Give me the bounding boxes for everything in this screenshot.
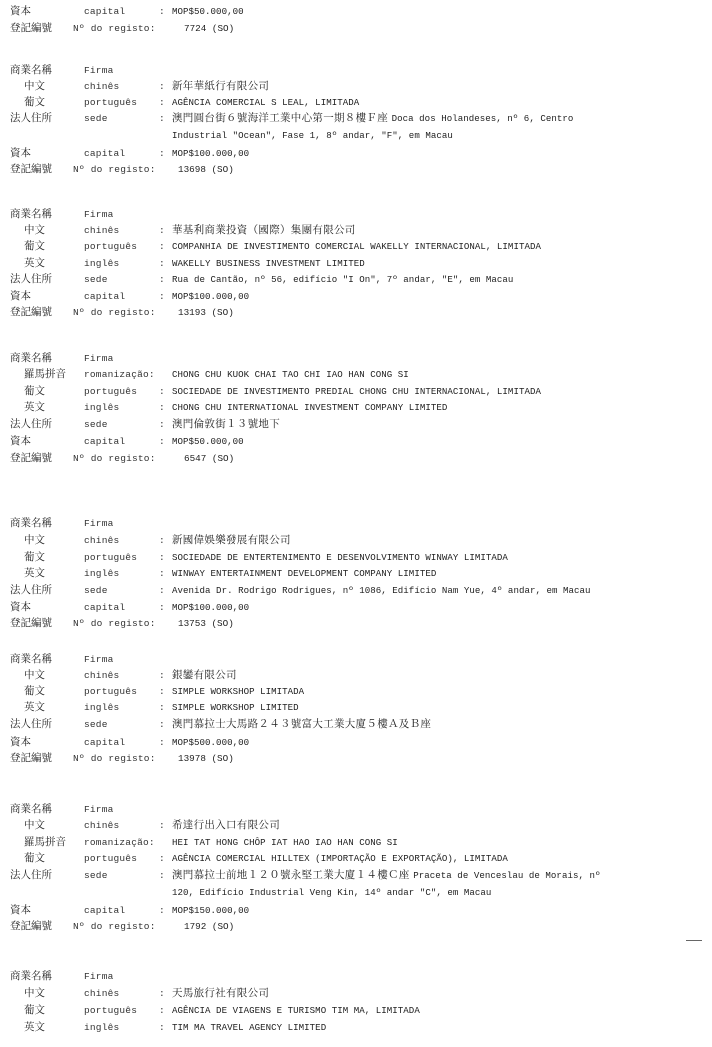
registo-label-pt: Nº do registo: [73,615,156,632]
sede-value: 澳門倫敦街１３號地下 [172,416,280,433]
sede-label-zh: 法人住所 [10,271,52,288]
sede-label-pt: sede [84,110,108,127]
portugues-label-zh: 葡文 [24,549,45,566]
firma-label-zh: 商業名稱 [10,801,52,818]
portugues-value: AGÊNCIA COMERCIAL S LEAL, LIMITADA [172,94,359,111]
colon: : [159,867,165,884]
romanizacao-label-pt: romanização: [84,366,155,383]
capital-label-zh: 資本 [10,3,31,20]
colon: : [159,667,165,684]
registo-value: 13698 (SO) [178,161,234,178]
ingles-label-zh: 英文 [24,1019,45,1036]
portugues-value: SIMPLE WORKSHOP LIMITADA [172,683,304,700]
chines-value: 新年華紙行有限公司 [172,78,269,95]
sede-label-zh: 法人住所 [10,416,52,433]
colon: : [159,683,165,700]
registo-label-pt: Nº do registo: [73,161,156,178]
capital-value: MOP$100.000,00 [172,145,249,162]
capital-label-zh: 資本 [10,734,31,751]
capital-label-pt: capital [84,433,125,450]
scan-mark [686,940,702,941]
registo-value: 7724 (SO) [184,20,234,37]
romanizacao-label-pt: romanização: [84,834,155,851]
sede-value-line2: 120, Edifício Industrial Veng Kin, 14º a… [172,884,491,901]
ingles-label-pt: inglês [84,255,119,272]
chines-value: 華基利商業投資（國際）集團有限公司 [172,222,356,239]
firma-label-pt: Firma [84,968,114,985]
portugues-label-pt: português [84,683,137,700]
sede-value-latin: Doca dos Holandeses, nº 6, Centro [392,113,574,124]
chines-label-pt: chinês [84,222,119,239]
capital-label-zh: 資本 [10,145,31,162]
capital-label-pt: capital [84,902,125,919]
colon: : [159,699,165,716]
firma-label-zh: 商業名稱 [10,350,52,367]
colon: : [159,1019,165,1036]
registo-label-pt: Nº do registo: [73,750,156,767]
firma-label-pt: Firma [84,350,114,367]
registo-label-pt: Nº do registo: [73,20,156,37]
colon: : [159,110,165,127]
chines-label-pt: chinês [84,985,119,1002]
colon: : [159,145,165,162]
colon: : [159,582,165,599]
colon: : [159,383,165,400]
sede-label-pt: sede [84,271,108,288]
firma-label-pt: Firma [84,62,114,79]
ingles-value: TIM MA TRAVEL AGENCY LIMITED [172,1019,326,1036]
capital-label-zh: 資本 [10,433,31,450]
sede-value: 澳門慕拉士大馬路２４３號富大工業大廈５樓Ａ及Ｂ座 [172,716,431,733]
chines-value: 新國偉娛樂發展有限公司 [172,532,291,549]
ingles-value: WINWAY ENTERTAINMENT DEVELOPMENT COMPANY… [172,565,436,582]
chines-label-zh: 中文 [24,78,45,95]
capital-label-pt: capital [84,288,125,305]
portugues-label-pt: português [84,1002,137,1019]
registo-label-zh: 登記編號 [10,304,52,321]
portugues-label-pt: português [84,549,137,566]
colon: : [159,817,165,834]
registo-label-zh: 登記編號 [10,918,52,935]
registo-label-zh: 登記編號 [10,615,52,632]
sede-value-latin: Praceta de Venceslau de Morais, nº [413,870,600,881]
portugues-value: COMPANHIA DE INVESTIMENTO COMERCIAL WAKE… [172,238,541,255]
firma-label-zh: 商業名稱 [10,968,52,985]
colon: : [159,288,165,305]
portugues-value: SOCIEDADE DE ENTERTENIMENTO E DESENVOLVI… [172,549,508,566]
ingles-label-pt: inglês [84,699,119,716]
colon: : [159,734,165,751]
chines-label-zh: 中文 [24,667,45,684]
colon: : [159,549,165,566]
registo-label-pt: Nº do registo: [73,450,156,467]
colon: : [159,238,165,255]
registo-label-zh: 登記編號 [10,750,52,767]
portugues-value: SOCIEDADE DE INVESTIMENTO PREDIAL CHONG … [172,383,541,400]
colon: : [159,902,165,919]
portugues-label-pt: português [84,94,137,111]
sede-value: 澳門圓台街６號海洋工業中心第一期８樓Ｆ座 Doca dos Holandeses… [172,110,573,127]
registo-label-zh: 登記編號 [10,450,52,467]
firma-label-zh: 商業名稱 [10,206,52,223]
chines-value: 希達行出入口有限公司 [172,817,280,834]
capital-value: MOP$500.000,00 [172,734,249,751]
chines-value: 天馬旅行社有限公司 [172,985,269,1002]
colon: : [159,850,165,867]
chines-value: 銀鑾有限公司 [172,667,237,684]
sede-label-zh: 法人住所 [10,716,52,733]
romanizacao-label-zh: 羅馬拼音 [24,834,66,851]
colon: : [159,222,165,239]
ingles-label-zh: 英文 [24,399,45,416]
capital-value: MOP$50.000,00 [172,3,244,20]
chines-label-zh: 中文 [24,985,45,1002]
colon: : [159,1002,165,1019]
colon: : [159,416,165,433]
chines-label-zh: 中文 [24,222,45,239]
portugues-label-pt: português [84,238,137,255]
registo-label-zh: 登記編號 [10,20,52,37]
capital-label-pt: capital [84,599,125,616]
sede-label-pt: sede [84,716,108,733]
capital-label-pt: capital [84,3,125,20]
colon: : [159,599,165,616]
colon: : [159,94,165,111]
sede-label-pt: sede [84,416,108,433]
portugues-label-zh: 葡文 [24,94,45,111]
capital-label-pt: capital [84,734,125,751]
romanizacao-value: CHONG CHU KUOK CHAI TAO CHI IAO HAN CONG… [172,366,409,383]
colon: : [159,433,165,450]
colon: : [159,3,165,20]
ingles-value: CHONG CHU INTERNATIONAL INVESTMENT COMPA… [172,399,447,416]
portugues-label-zh: 葡文 [24,238,45,255]
firma-label-pt: Firma [84,651,114,668]
sede-value: 澳門慕拉士前地１２０號永堅工業大廈１４樓Ｃ座 Praceta de Vences… [172,867,601,884]
document-page: 資本 capital : MOP$50.000,00 登記編號 Nº do re… [0,0,712,1047]
sede-value-line2: Industrial "Ocean", Fase 1, 8º andar, "F… [172,127,453,144]
portugues-label-pt: português [84,383,137,400]
firma-label-zh: 商業名稱 [10,515,52,532]
capital-value: MOP$50.000,00 [172,433,244,450]
sede-label-zh: 法人住所 [10,582,52,599]
colon: : [159,255,165,272]
portugues-label-zh: 葡文 [24,850,45,867]
ingles-label-zh: 英文 [24,255,45,272]
colon: : [159,78,165,95]
ingles-value: WAKELLY BUSINESS INVESTMENT LIMITED [172,255,365,272]
ingles-label-pt: inglês [84,565,119,582]
ingles-label-pt: inglês [84,1019,119,1036]
colon: : [159,985,165,1002]
chines-label-pt: chinês [84,532,119,549]
registo-value: 13193 (SO) [178,304,234,321]
portugues-label-pt: português [84,850,137,867]
sede-value: Avenida Dr. Rodrigo Rodrigues, nº 1086, … [172,582,591,599]
colon: : [159,565,165,582]
portugues-label-zh: 葡文 [24,683,45,700]
firma-label-pt: Firma [84,801,114,818]
capital-value: MOP$100.000,00 [172,288,249,305]
registo-value: 6547 (SO) [184,450,234,467]
romanizacao-label-zh: 羅馬拼音 [24,366,66,383]
capital-value: MOP$100.000,00 [172,599,249,616]
firma-label-pt: Firma [84,206,114,223]
ingles-value: SIMPLE WORKSHOP LIMITED [172,699,299,716]
sede-value: Rua de Cantão, nº 56, edifício "I On", 7… [172,271,513,288]
chines-label-pt: chinês [84,78,119,95]
colon: : [159,532,165,549]
firma-label-zh: 商業名稱 [10,651,52,668]
romanizacao-value: HEI TAT HONG CHÔP IAT HAO IAO HAN CONG S… [172,834,398,851]
chines-label-pt: chinês [84,667,119,684]
registo-value: 13978 (SO) [178,750,234,767]
portugues-value: AGÊNCIA COMERCIAL HILLTEX (IMPORTAÇÃO E … [172,850,508,867]
portugues-label-zh: 葡文 [24,1002,45,1019]
ingles-label-zh: 英文 [24,565,45,582]
ingles-label-pt: inglês [84,399,119,416]
colon: : [159,399,165,416]
portugues-label-zh: 葡文 [24,383,45,400]
registo-value: 13753 (SO) [178,615,234,632]
registo-label-pt: Nº do registo: [73,304,156,321]
capital-label-pt: capital [84,145,125,162]
sede-label-zh: 法人住所 [10,110,52,127]
capital-value: MOP$150.000,00 [172,902,249,919]
sede-value-cjk: 澳門圓台街６號海洋工業中心第一期８樓Ｆ座 [172,112,388,124]
sede-label-pt: sede [84,867,108,884]
firma-label-zh: 商業名稱 [10,62,52,79]
capital-label-zh: 資本 [10,599,31,616]
ingles-label-zh: 英文 [24,699,45,716]
colon: : [159,716,165,733]
registo-label-pt: Nº do registo: [73,918,156,935]
capital-label-zh: 資本 [10,902,31,919]
colon: : [159,271,165,288]
capital-label-zh: 資本 [10,288,31,305]
chines-label-zh: 中文 [24,532,45,549]
firma-label-pt: Firma [84,515,114,532]
registo-value: 1792 (SO) [184,918,234,935]
sede-label-pt: sede [84,582,108,599]
sede-value-cjk: 澳門慕拉士前地１２０號永堅工業大廈１４樓Ｃ座 [172,869,410,881]
sede-label-zh: 法人住所 [10,867,52,884]
portugues-value: AGÊNCIA DE VIAGENS E TURISMO TIM MA, LIM… [172,1002,420,1019]
registo-label-zh: 登記編號 [10,161,52,178]
chines-label-pt: chinês [84,817,119,834]
chines-label-zh: 中文 [24,817,45,834]
